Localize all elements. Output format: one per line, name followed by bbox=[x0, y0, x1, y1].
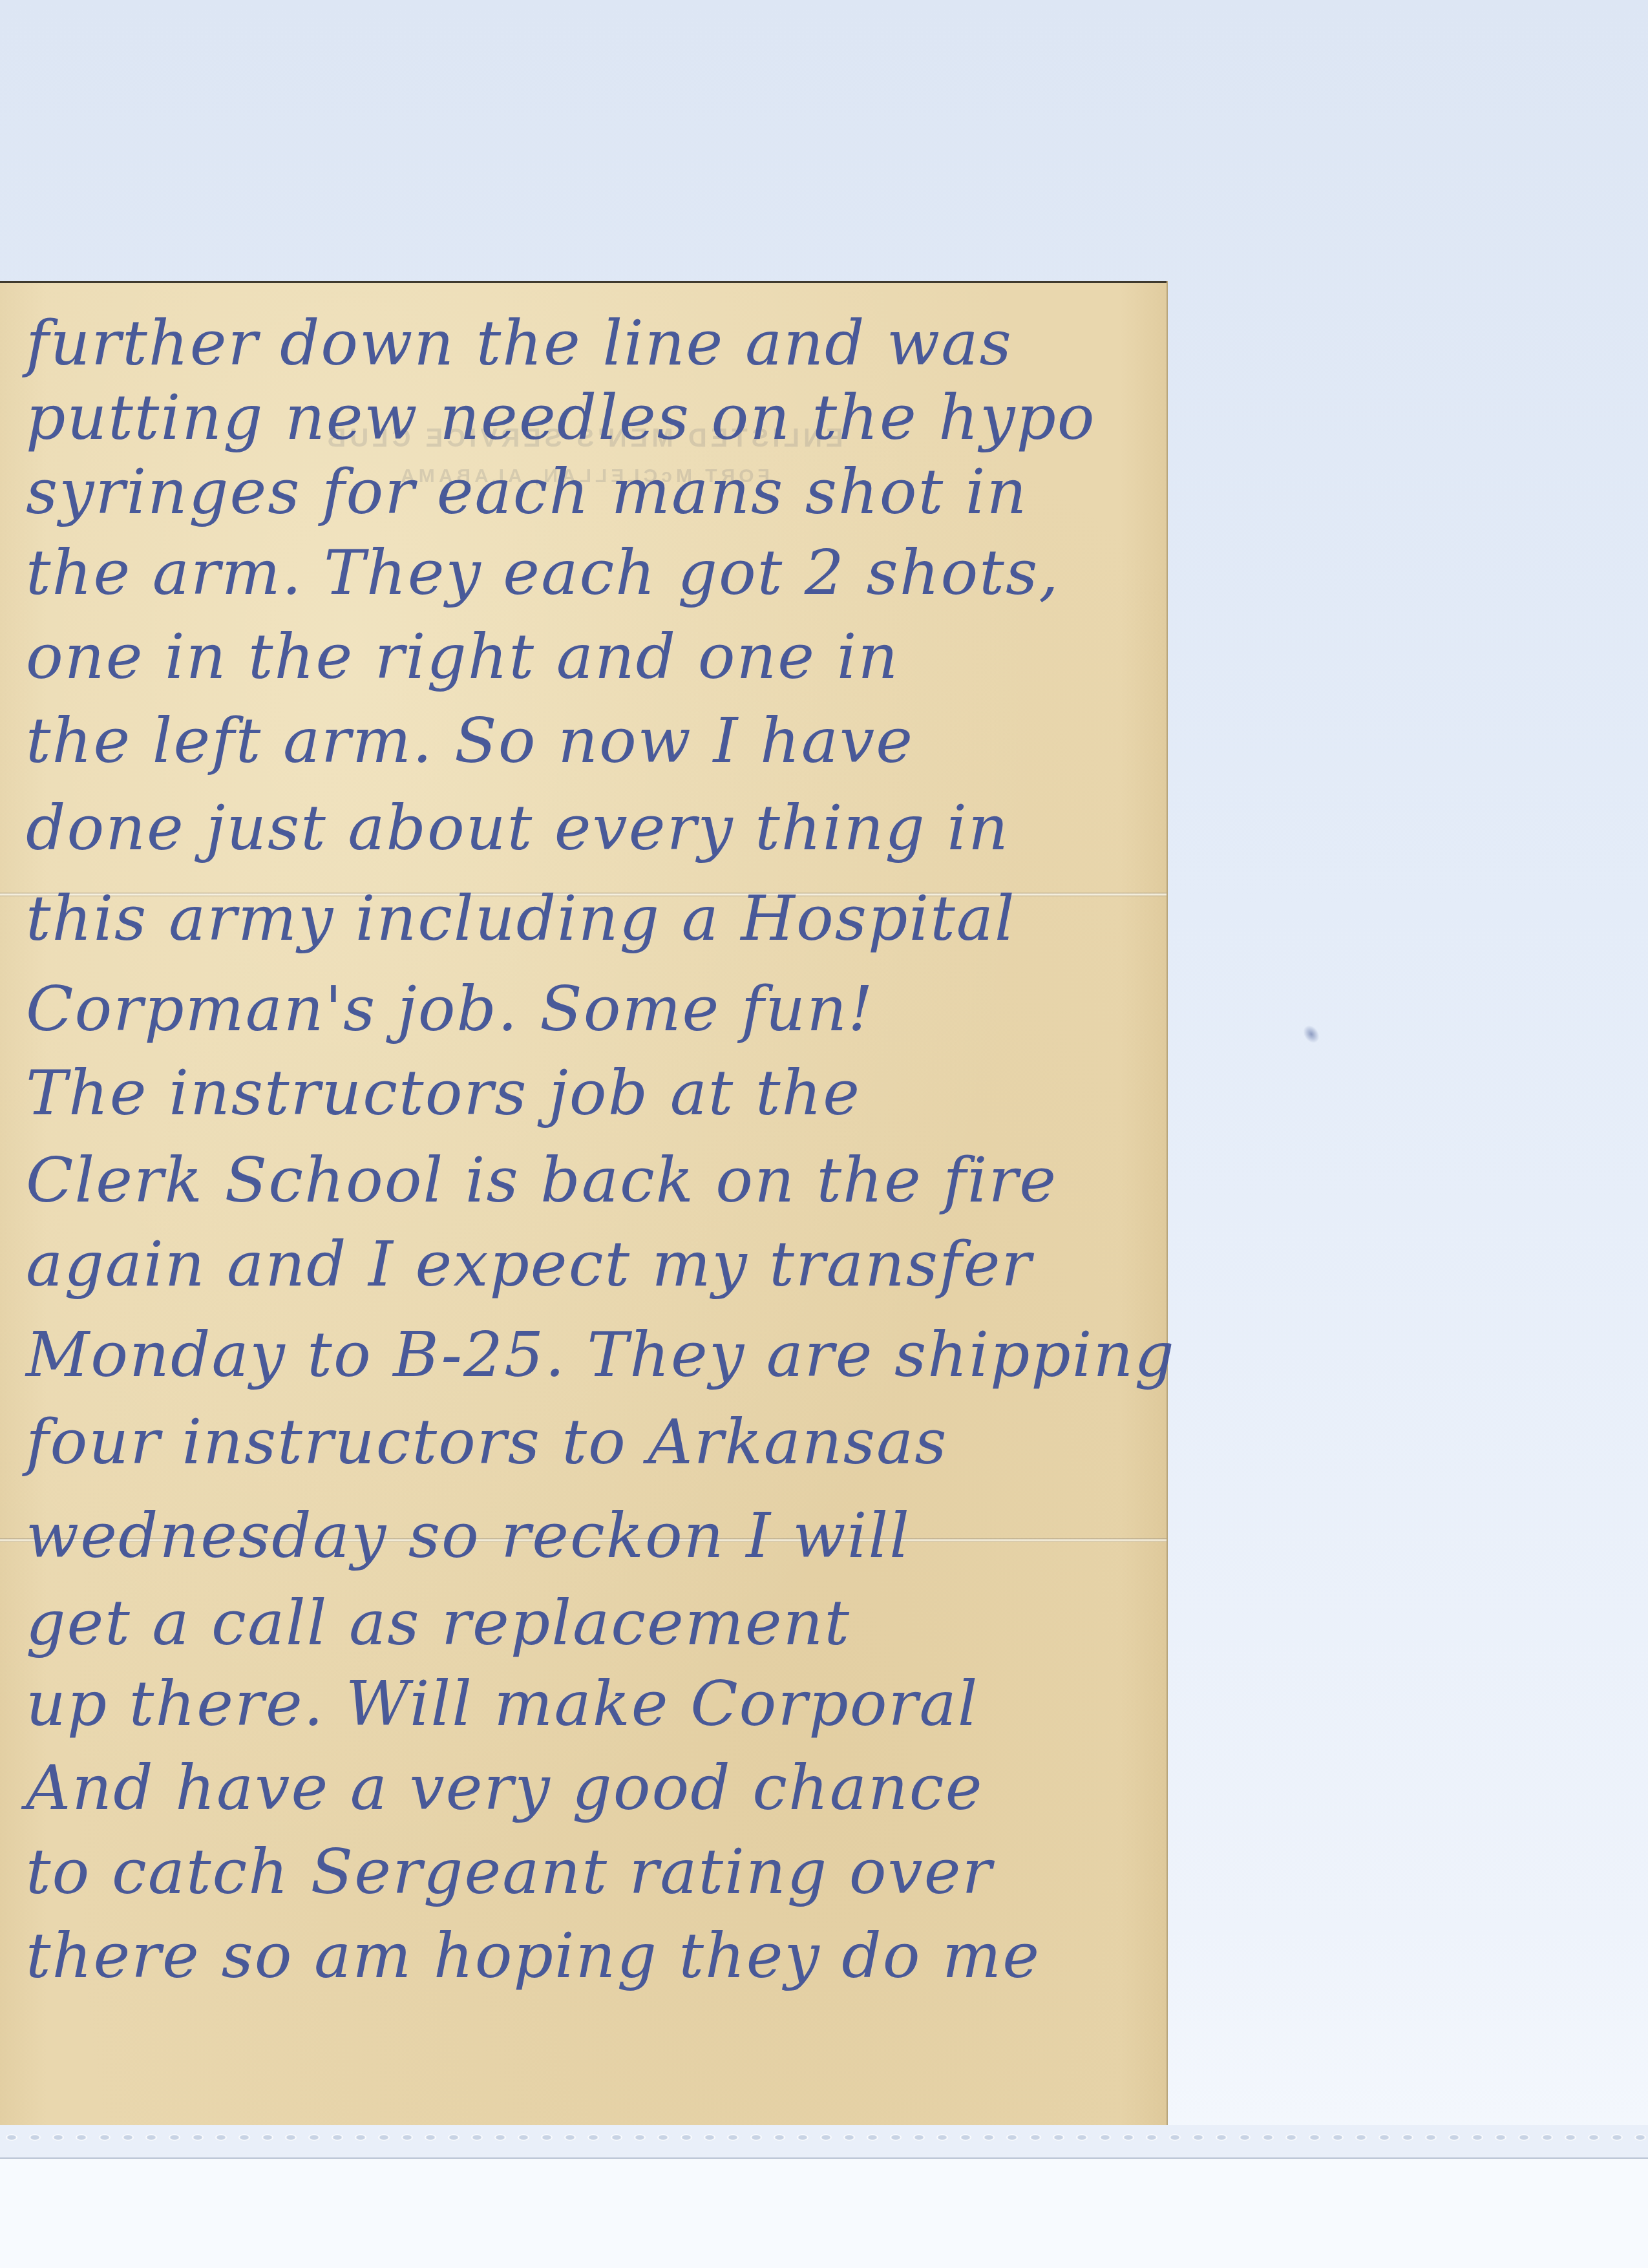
handwritten-line: done just about every thing in bbox=[26, 797, 1009, 859]
handwritten-line: Corpman's job. Some fun! bbox=[26, 978, 874, 1040]
handwritten-line: one in the right and one in bbox=[26, 626, 899, 688]
scanner-bed-blank bbox=[0, 2159, 1648, 2268]
handwritten-line: wednesday so reckon I will bbox=[26, 1505, 911, 1567]
letter-page: ENLISTED MEN'S SERVICE CLUB FORT McCLELL… bbox=[0, 281, 1167, 2127]
handwritten-line: this army including a Hospital bbox=[26, 887, 1016, 949]
handwritten-line: four instructors to Arkansas bbox=[26, 1411, 948, 1473]
handwritten-line: to catch Sergeant rating over bbox=[26, 1841, 993, 1903]
handwritten-line: the arm. They each got 2 shots, bbox=[26, 542, 1060, 604]
handwritten-line: syringes for each mans shot in bbox=[26, 461, 1028, 523]
handwritten-line: Clerk School is back on the fire bbox=[26, 1149, 1057, 1211]
handwritten-line: the left arm. So now I have bbox=[26, 710, 914, 772]
handwritten-line: Monday to B-25. They are shipping bbox=[26, 1324, 1176, 1386]
handwritten-line: putting new needles on the hypo bbox=[26, 387, 1096, 449]
handwritten-line: further down the line and was bbox=[26, 312, 1013, 374]
sheet-protector-edge bbox=[0, 2125, 1648, 2159]
handwritten-line: again and I expect my transfer bbox=[26, 1233, 1032, 1295]
handwritten-line: there so am hoping they do me bbox=[26, 1925, 1041, 1987]
handwritten-line: And have a very good chance bbox=[26, 1757, 983, 1819]
handwritten-line: The instructors job at the bbox=[26, 1062, 861, 1124]
handwritten-line: get a call as replacement bbox=[26, 1592, 850, 1654]
handwritten-line: up there. Will make Corporal bbox=[26, 1673, 978, 1735]
